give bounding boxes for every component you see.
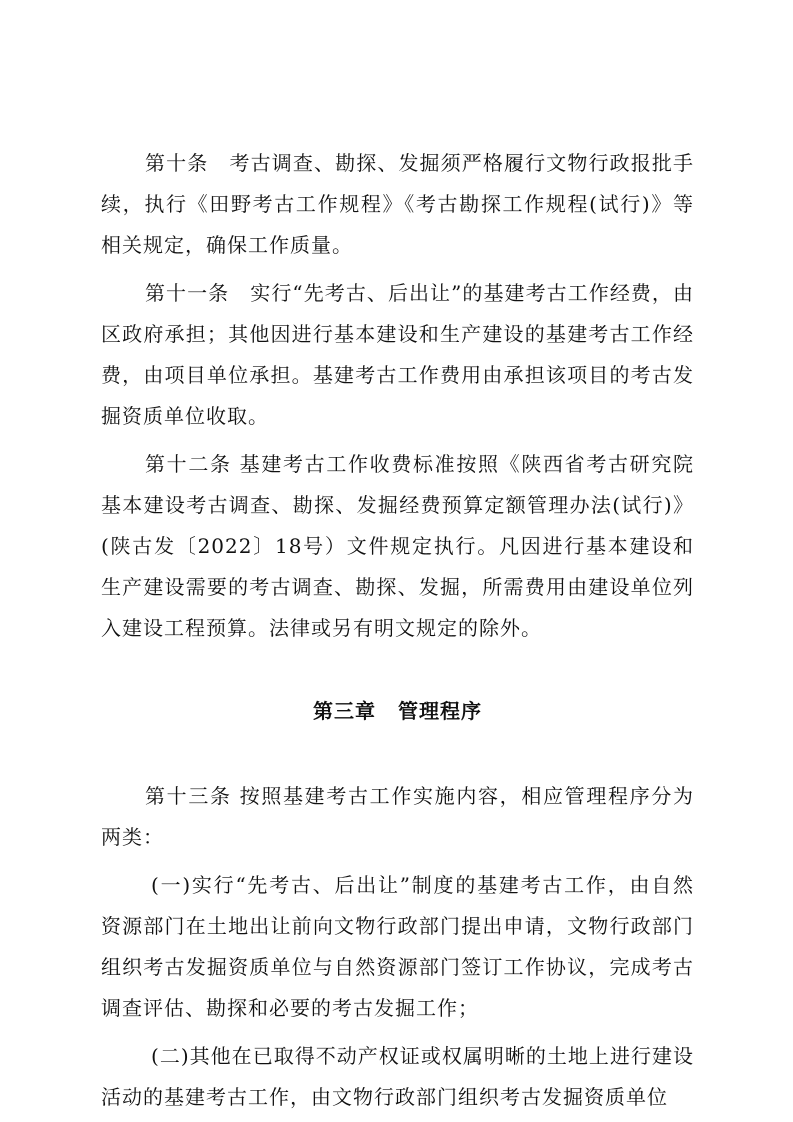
article-11: 第十一条 实行“先考古、后出让”的基建考古工作经费，由区政府承担；其他因进行基本… xyxy=(101,273,694,437)
article-12: 第十二条 基建考古工作收费标准按照《陕西省考古研究院基本建设考古调查、勘探、发掘… xyxy=(101,444,694,649)
article-10: 第十条 考古调查、勘探、发掘须严格履行文物行政报批手续，执行《田野考古工作规程》… xyxy=(101,143,694,266)
document-page: 第十条 考古调查、勘探、发掘须严格履行文物行政报批手续，执行《田野考古工作规程》… xyxy=(101,143,694,1118)
chapter-heading: 第三章管理程序 xyxy=(101,691,694,732)
article-13-item-1: (一)实行“先考古、后出让”制度的基建考古工作，由自然资源部门在土地出让前向文物… xyxy=(101,865,694,1029)
article-13-item-2: (二)其他在已取得不动产权证或权属明晰的土地上进行建设活动的基建考古工作，由文物… xyxy=(101,1036,694,1118)
chapter-title: 管理程序 xyxy=(398,699,482,723)
chapter-number: 第三章 xyxy=(313,699,376,723)
article-13: 第十三条 按照基建考古工作实施内容，相应管理程序分为两类： xyxy=(101,776,694,858)
